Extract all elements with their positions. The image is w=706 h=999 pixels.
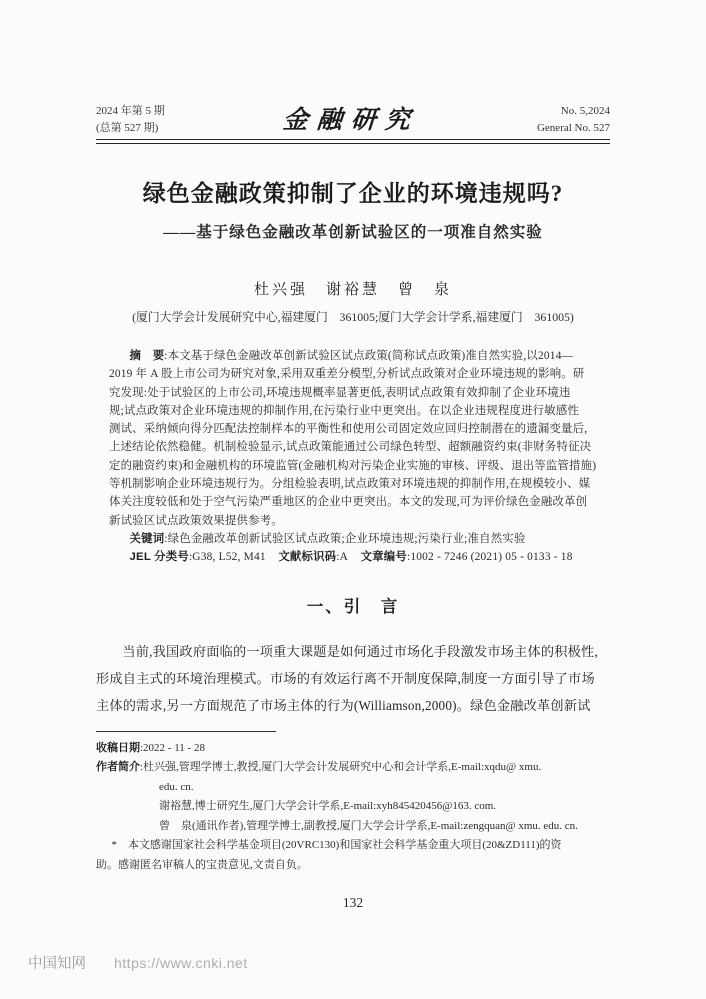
abstract-line: 2019 年 A 股上市公司为研究对象,采用双重差分模型,分析试点政策对企业环境… [109, 365, 597, 383]
issue-info-en: No. 5,2024 General No. 527 [537, 103, 610, 137]
abstract-line: 新试验区试点政策效果提供参考。 [109, 512, 597, 530]
paragraph-line: 主体的需求,另一方面规范了市场主体的行为(Williamson,2000)。绿色… [96, 692, 610, 719]
authors: 杜兴强 谢裕慧 曾 泉 [96, 280, 610, 301]
cnki-url: https://www.cnki.net [114, 955, 248, 971]
abstract-line: 上述结论依然稳健。机制检验显示,试点政策能通过公司绿色转型、超额融资约束(非财务… [109, 438, 597, 456]
abstract-line: 究发现:处于试验区的上市公司,环境违规概率显著更低,表明试点政策有效抑制了企业环… [109, 384, 597, 402]
paragraph-line: 当前,我国政府面临的一项重大课题是如何通过市场化手段激发市场主体的积极性, [96, 638, 610, 665]
abstract-line: 等机制影响企业环境违规行为。分组检验表明,试点政策对环境违规的抑制作用,在规模较… [109, 475, 597, 493]
article-subtitle: ——基于绿色金融改革创新试验区的一项准自然实验 [96, 222, 610, 244]
paper-page: 2024 年第 5 期 (总第 527 期) 金融研究 No. 5,2024 G… [0, 0, 706, 999]
author-bio-label: 作者简介 [96, 761, 140, 773]
funding-note: * 本文感谢国家社会科学基金项目(20VRC130)和国家社会科学基金重大项目(… [96, 836, 610, 856]
issue-general: (总第 527 期) [96, 120, 165, 137]
page-number: 132 [96, 895, 610, 911]
article-id-value: :1002 - 7246 (2021) 05 - 0133 - 18 [407, 551, 573, 563]
author-bio-3: 曾 泉(通讯作者),管理学博士,副教授,厦门大学会计学系,E-mail:zeng… [159, 817, 610, 837]
article-id-label: 文章编号 [361, 551, 407, 563]
footnote-divider [96, 731, 276, 732]
header-divider [96, 139, 610, 144]
received-date: 收稿日期:2022 - 11 - 28 [96, 739, 610, 759]
jel-value: :G38, L52, M41 [189, 551, 266, 563]
keywords-text: :绿色金融改革创新试验区试点政策;企业环境违规;污染行业;准自然实验 [164, 533, 525, 545]
abstract-label: 摘 要 [130, 350, 165, 362]
issue-info: 2024 年第 5 期 (总第 527 期) [96, 103, 165, 137]
received-date-label: 收稿日期 [96, 742, 140, 754]
section-heading-introduction: 一、引 言 [96, 593, 610, 617]
author-bio: 作者简介:杜兴强,管理学博士,教授,厦门大学会计发展研究中心和会计学系,E-ma… [96, 758, 610, 778]
issue-year: 2024 年第 5 期 [96, 103, 165, 120]
paragraph-line: 形成自主式的环境治理模式。市场的有效运行离不开制度保障,制度一方面引导了市场 [96, 665, 610, 692]
introduction-paragraph: 当前,我国政府面临的一项重大课题是如何通过市场化手段激发市场主体的积极性, 形成… [96, 638, 610, 719]
journal-name: 金融研究 [282, 100, 421, 137]
abstract-block: 摘 要:本文基于绿色金融改革创新试验区试点政策(简称试点政策)准自然实验,以20… [96, 347, 610, 567]
cnki-site-name: 中国知网 [28, 952, 86, 973]
abstract-line: 体关注度较低和处于空气污染严重地区的企业中更突出。本文的发现,可为评价绿色金融改… [109, 493, 597, 511]
doc-code-label: 文献标识码 [278, 551, 336, 563]
author-bio-2: 谢裕慧,博士研究生,厦门大学会计学系,E-mail:xyh845420456@1… [159, 797, 610, 817]
article-title: 绿色金融政策抑制了企业的环境违规吗? [96, 178, 610, 209]
author-bio-text: :杜兴强,管理学博士,教授,厦门大学会计发展研究中心和会计学系,E-mail:x… [140, 761, 541, 773]
abstract-text: :本文基于绿色金融改革创新试验区试点政策(简称试点政策)准自然实验,以2014— [164, 350, 573, 362]
abstract-line: 定的融资约束)和金融机构的环境监管(金融机构对污染企业实施的审核、评级、退出等监… [109, 457, 597, 475]
cnki-watermark: 中国知网 https://www.cnki.net [28, 952, 248, 973]
abstract-line: 摘 要:本文基于绿色金融改革创新试验区试点政策(简称试点政策)准自然实验,以20… [109, 347, 597, 365]
issue-number-en: No. 5,2024 [537, 103, 610, 120]
keywords-line: 关键词:绿色金融改革创新试验区试点政策;企业环境违规;污染行业;准自然实验 [109, 530, 597, 548]
author-bio-continuation: edu. cn. [159, 778, 610, 798]
funding-note-continuation: 助。感谢匿名审稿人的宝贵意见,文责自负。 [96, 856, 610, 876]
affiliation: (厦门大学会计发展研究中心,福建厦门 361005;厦门大学会计学系,福建厦门 … [96, 309, 610, 326]
jel-line: JEL 分类号:G38, L52, M41文献标识码:A文章编号:1002 - … [109, 548, 597, 566]
received-date-value: :2022 - 11 - 28 [140, 742, 205, 754]
abstract-line: 测试、采纳倾向得分匹配法控制样本的平衡性和使用公司固定效应回归控制潜在的遗漏变量… [109, 420, 597, 438]
issue-general-en: General No. 527 [537, 120, 610, 137]
journal-header: 2024 年第 5 期 (总第 527 期) 金融研究 No. 5,2024 G… [96, 100, 610, 137]
keywords-label: 关键词 [130, 533, 165, 545]
jel-label: JEL 分类号 [130, 551, 189, 563]
footnotes-block: 收稿日期:2022 - 11 - 28 作者简介:杜兴强,管理学博士,教授,厦门… [96, 739, 610, 876]
doc-code-value: :A [336, 551, 348, 563]
abstract-line: 规;试点政策对企业环境违规的抑制作用,在污染行业中更突出。在以企业违规程度进行敏… [109, 402, 597, 420]
